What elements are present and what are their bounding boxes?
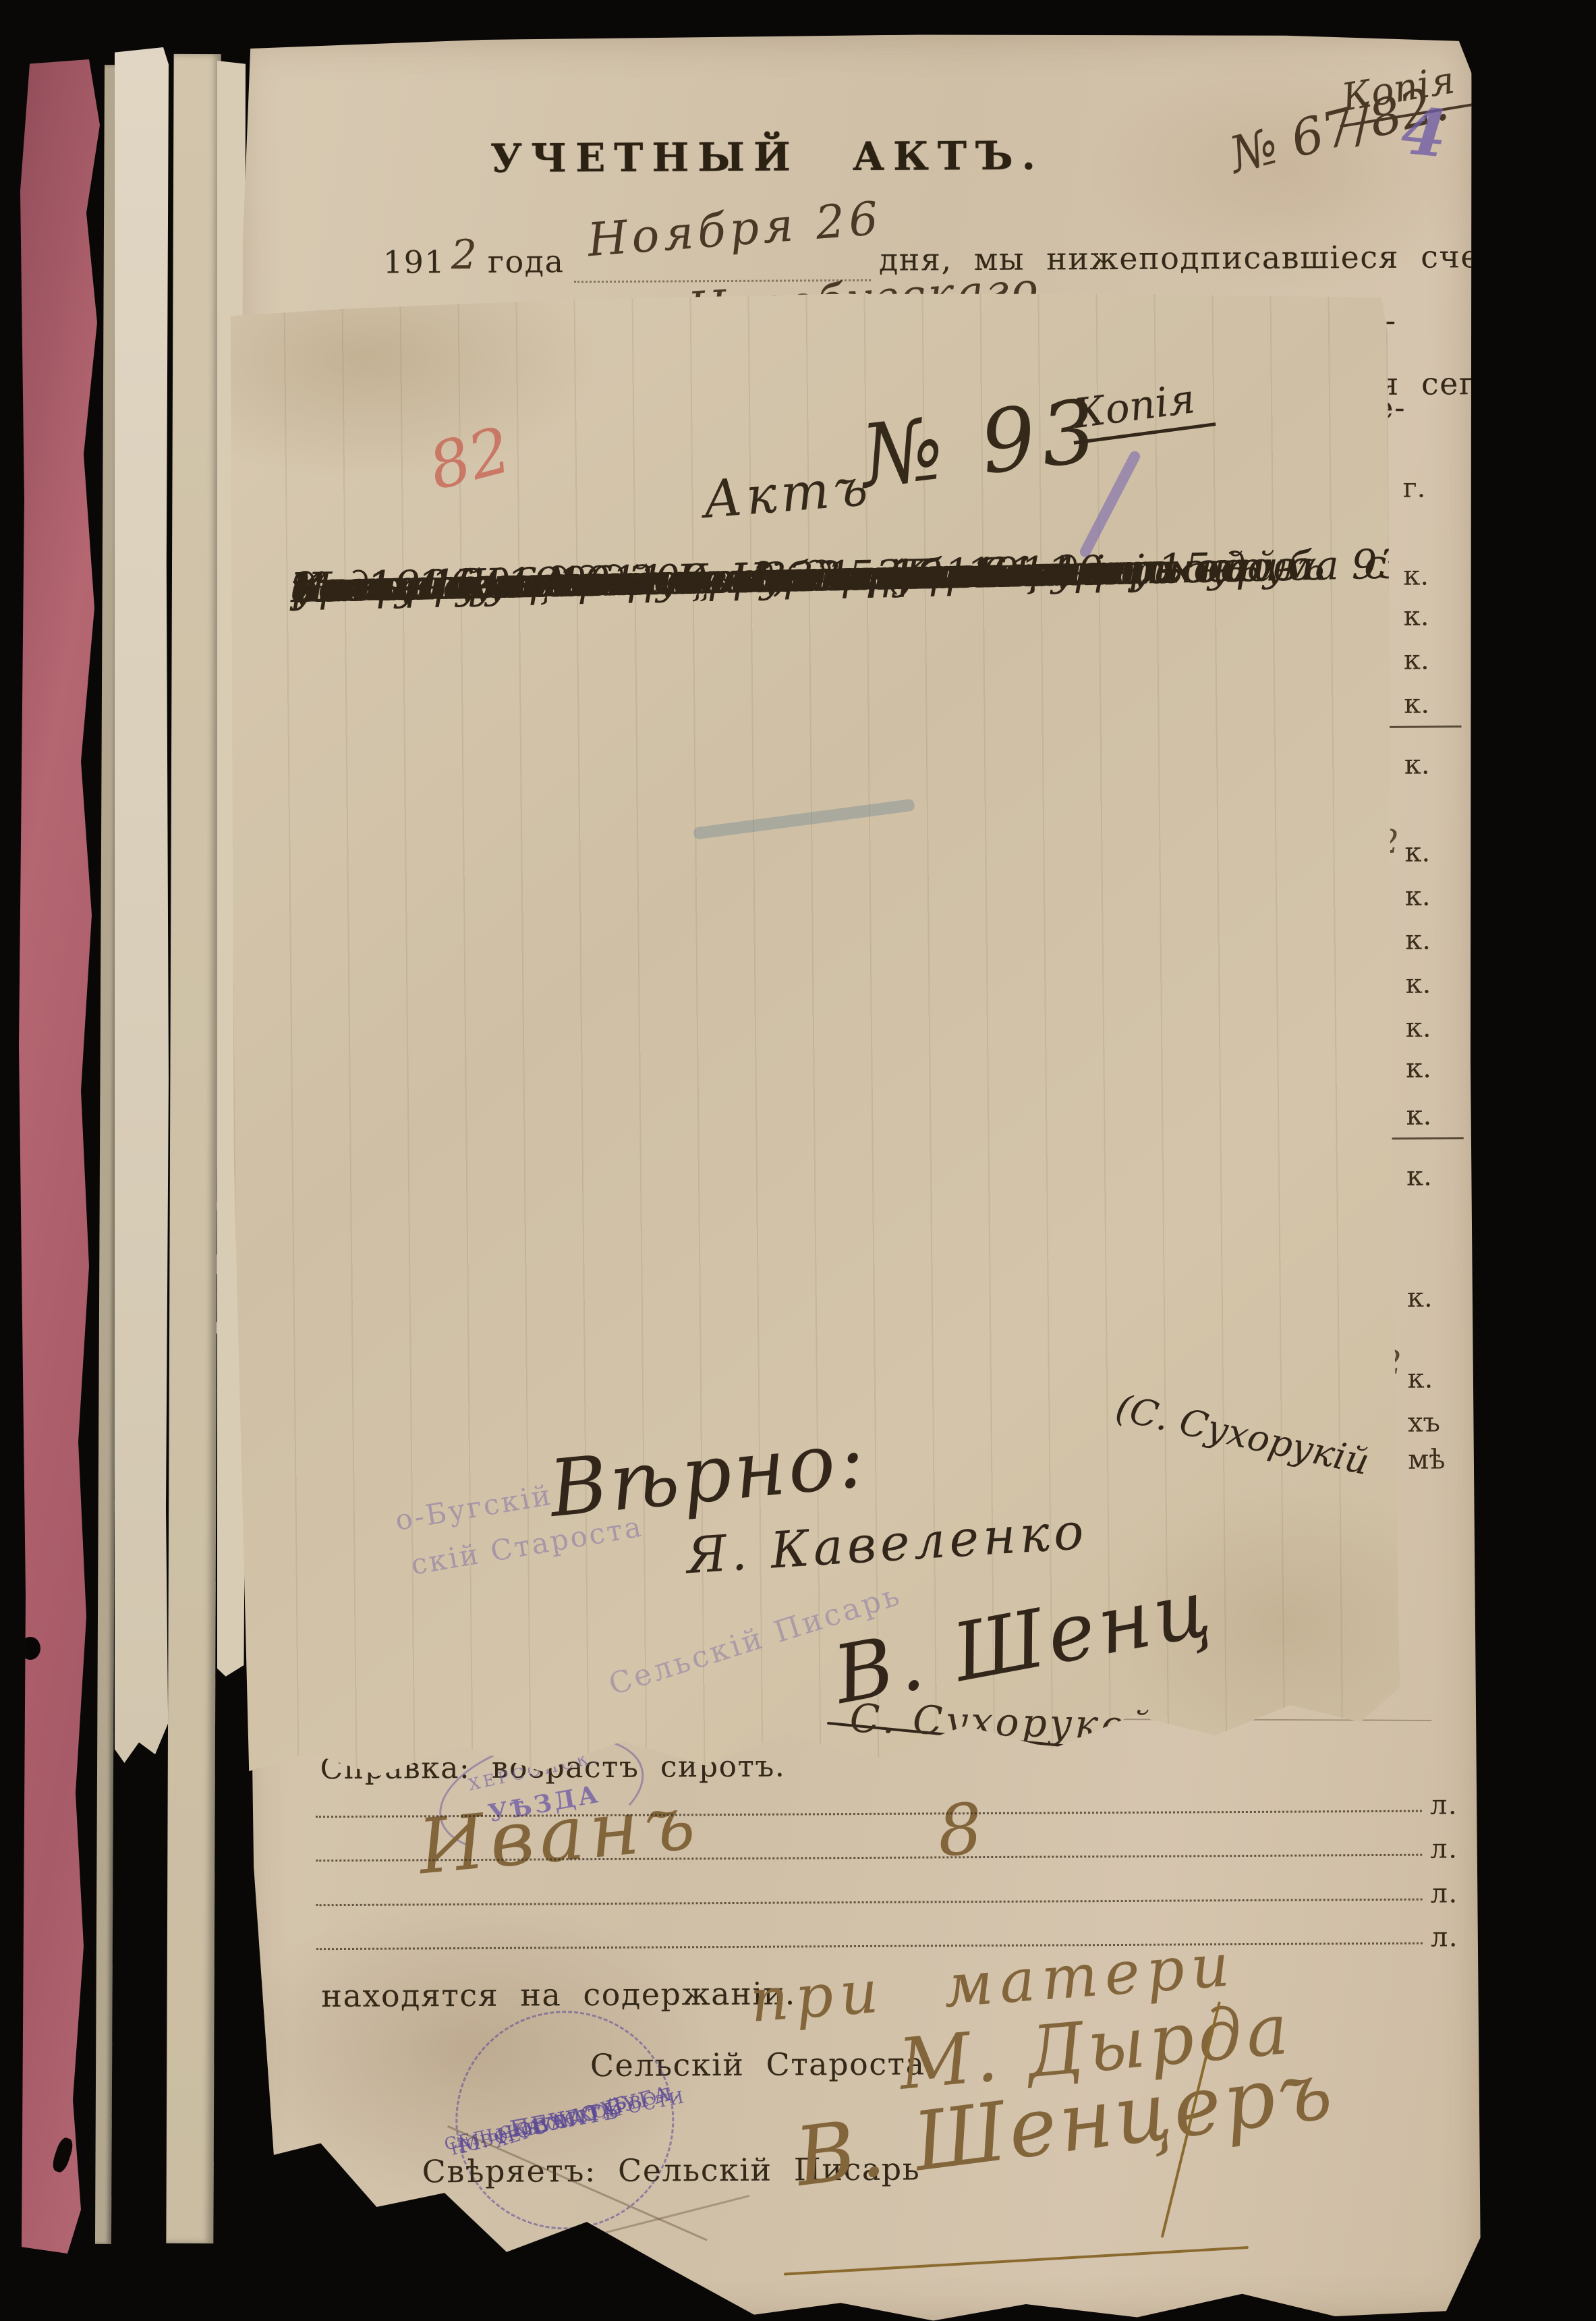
age-dotted-line	[316, 1854, 1422, 1862]
act-body-text: Мы нижеподписавшіися члены учетнойКомисі…	[290, 542, 1375, 1462]
soderzhanie-label: находятся на содержаніи.	[321, 1976, 796, 2015]
page-edge-strip	[115, 47, 169, 1766]
red-folio-number: 82	[422, 414, 518, 505]
age-line-suffix: л.	[1430, 1878, 1458, 1909]
act-heading-word: Актъ	[701, 457, 874, 530]
age-dotted-line	[316, 1810, 1422, 1818]
cloth-hole	[51, 2136, 76, 2174]
age-dotted-line	[316, 1942, 1423, 1951]
age-line-suffix: л.	[1431, 1922, 1458, 1953]
page-edge-strip	[166, 54, 221, 2243]
handwritten-copy-sheet: 82 Актъ № 93 Копія Мы нижеподписавшіися …	[226, 289, 1402, 1779]
age-line-suffix: л.	[1430, 1833, 1458, 1864]
cloth-hole	[20, 1637, 40, 1660]
archival-document-photo: Копія № 67/82. 4 УЧЕТНЫЙ АКТЪ. 191 2 год…	[0, 0, 1596, 2321]
age-line-suffix: л.	[1430, 1789, 1458, 1820]
act-text-line: члены учетной Комисіи (К. Яцковъ	[290, 547, 1143, 617]
age-dotted-line	[316, 1899, 1423, 1907]
